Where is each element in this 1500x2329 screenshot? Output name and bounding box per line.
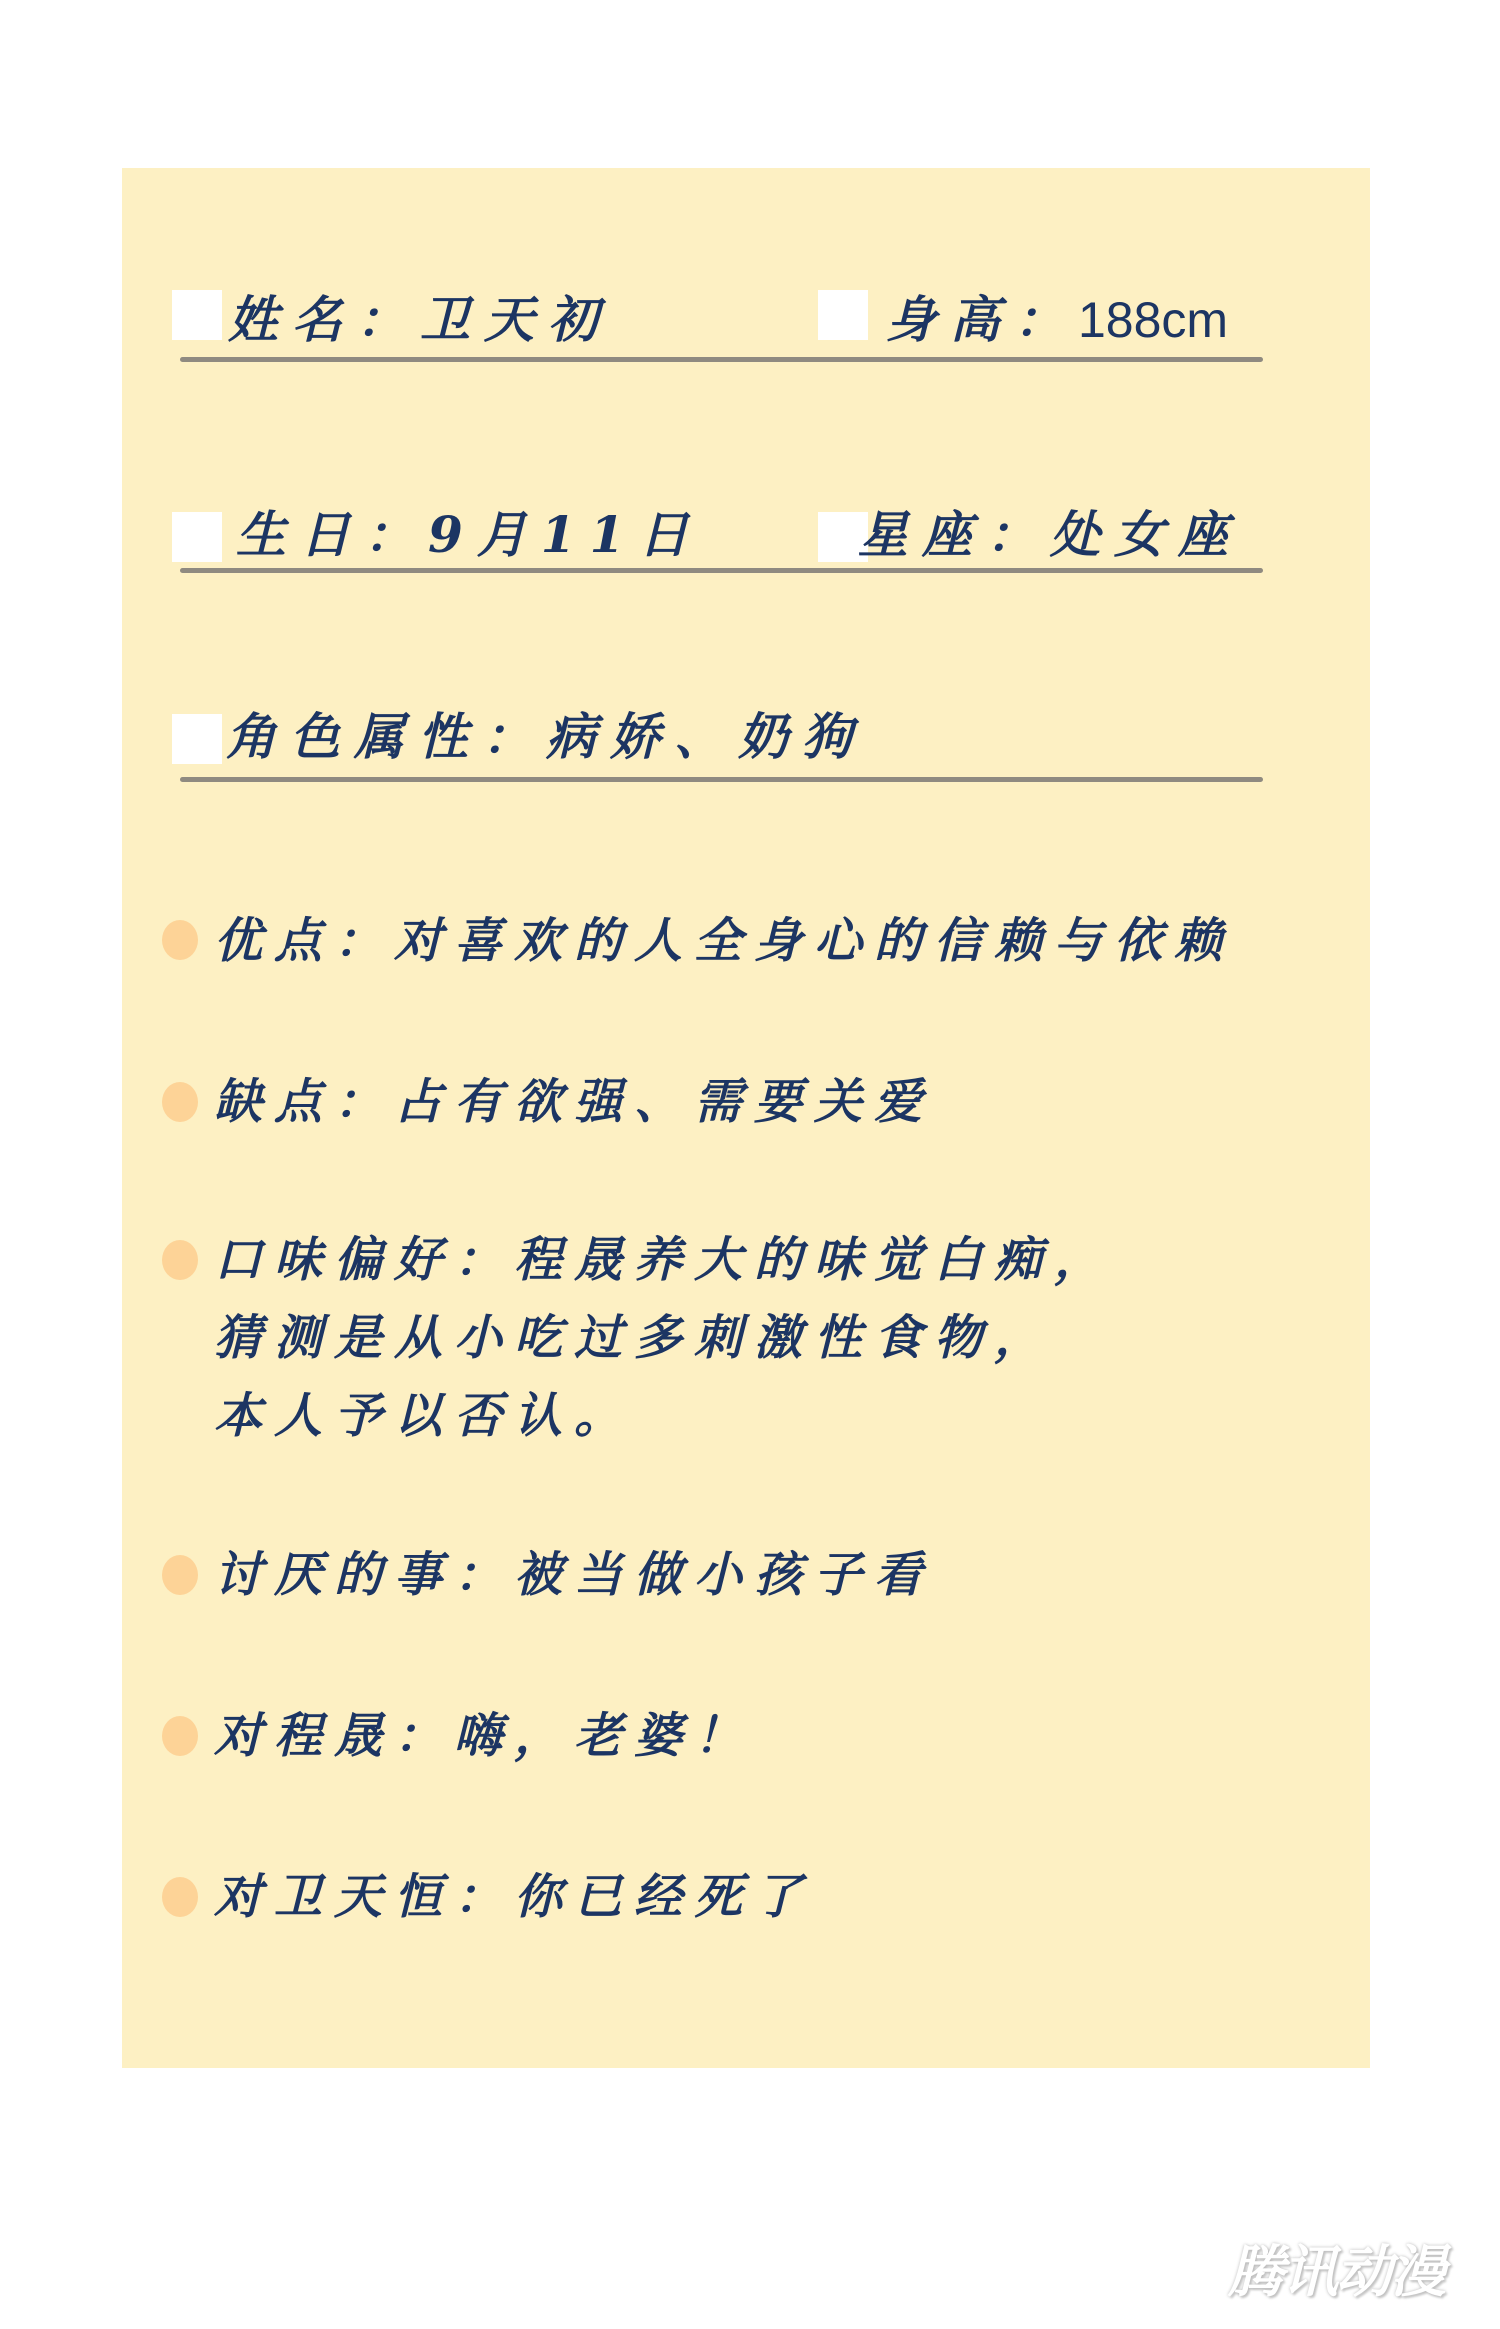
bullet-label: 口味偏好： (214, 1232, 514, 1288)
bullet-dot (162, 1555, 198, 1595)
bullet-text: 被当做小孩子看 (514, 1547, 934, 1603)
attributes-field: 角色属性：病娇、奶狗 (226, 707, 866, 767)
height-field: 身高：188cm (886, 290, 1228, 350)
bullet-dot (162, 1082, 198, 1122)
bullet-dot (162, 920, 198, 960)
bullet-label: 对卫天恒： (214, 1869, 514, 1925)
bullet-item-taste: 口味偏好：程晟养大的味觉白痴， 猜测是从小吃过多刺激性食物， 本人予以否认。 (214, 1221, 1114, 1455)
bullet-dot (162, 1716, 198, 1756)
height-value: 188cm (1078, 292, 1228, 348)
divider-line (180, 777, 1263, 782)
watermark-logo: 腾讯动漫 (1228, 2228, 1444, 2308)
divider-line (180, 568, 1263, 573)
height-label: 身高： (886, 290, 1078, 349)
checkbox-square-height (818, 290, 868, 340)
birthday-field: 生日：9月11日 (236, 505, 702, 565)
bullet-dot (162, 1877, 198, 1917)
bullet-text: 占有欲强、需要关爱 (394, 1074, 934, 1130)
name-field: 姓名：卫天初 (228, 290, 612, 350)
name-value: 卫天初 (420, 290, 612, 349)
checkbox-square-name (172, 290, 222, 340)
bullet-label: 讨厌的事： (214, 1547, 514, 1603)
bullet-label: 缺点： (214, 1074, 394, 1130)
checkbox-square-birthday (172, 512, 222, 562)
bullet-item-strength: 优点：对喜欢的人全身心的信赖与依赖 (214, 902, 1234, 980)
bullet-label: 优点： (214, 913, 394, 969)
birthday-label: 生日： (236, 505, 428, 564)
bullet-text: 对喜欢的人全身心的信赖与依赖 (394, 913, 1234, 969)
name-label: 姓名： (228, 290, 420, 349)
zodiac-label: 星座： (858, 505, 1050, 564)
bullet-item-to-weitianheng: 对卫天恒：你已经死了 (214, 1858, 814, 1936)
zodiac-field: 星座：处女座 (858, 505, 1242, 565)
bullet-text: 嗨，老婆！ (454, 1708, 754, 1764)
attributes-value: 病娇、奶狗 (546, 707, 866, 766)
divider-line (180, 357, 1263, 362)
birthday-value: 9月11日 (428, 505, 702, 564)
bullet-text: 你已经死了 (514, 1869, 814, 1925)
bullet-dot (162, 1240, 198, 1280)
bullet-item-dislikes: 讨厌的事：被当做小孩子看 (214, 1536, 934, 1614)
checkbox-square-attributes (172, 714, 222, 764)
attributes-label: 角色属性： (226, 707, 546, 766)
bullet-item-weakness: 缺点：占有欲强、需要关爱 (214, 1063, 934, 1141)
bullet-item-to-chengsheng: 对程晟：嗨，老婆！ (214, 1697, 754, 1775)
zodiac-value: 处女座 (1050, 505, 1242, 564)
bullet-label: 对程晟： (214, 1708, 454, 1764)
